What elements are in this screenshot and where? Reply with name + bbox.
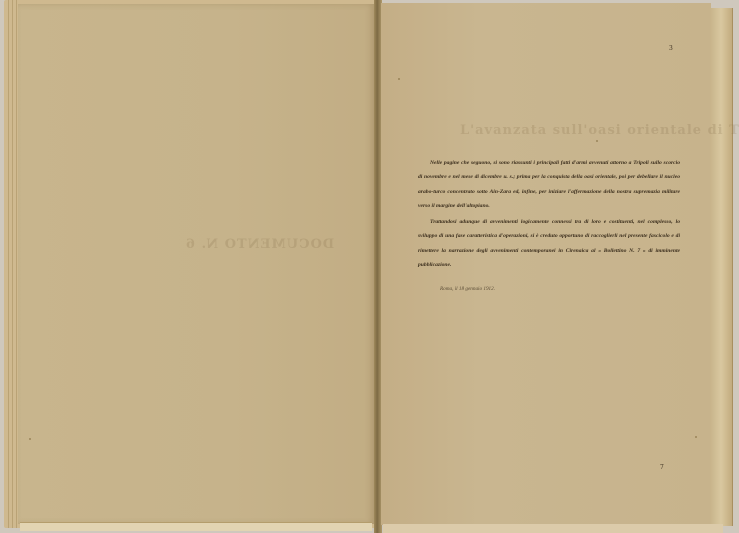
paragraph: Trattandosi adunque di avvenimenti logic… — [418, 215, 680, 272]
right-page-bottom-edge — [383, 524, 723, 533]
body-text: Nelle pagine che seguono, si sono riassu… — [418, 156, 680, 274]
paper-spot — [695, 436, 697, 438]
page-edge — [12, 0, 13, 528]
page-number-bottom: 7 — [660, 464, 664, 471]
left-page — [18, 4, 374, 524]
signature-date: Roma, il 18 gennaio 1912. — [440, 286, 495, 292]
page-number-top: 3 — [669, 45, 673, 52]
left-page-bottom-edge — [20, 522, 372, 531]
page-edge — [8, 0, 9, 528]
right-page-edge-stack — [710, 8, 733, 526]
right-page-bleed-through-heading: L'avanzata sull'oasi orientale di Tripol… — [460, 123, 739, 138]
paper-spot — [398, 78, 400, 80]
paper-spot — [29, 438, 31, 440]
left-page-bleed-through-heading: DOCUMENTO N. 6 — [185, 237, 334, 252]
paragraph: Nelle pagine che seguono, si sono riassu… — [418, 156, 680, 213]
paper-spot — [596, 140, 598, 142]
page-edge — [16, 0, 17, 528]
